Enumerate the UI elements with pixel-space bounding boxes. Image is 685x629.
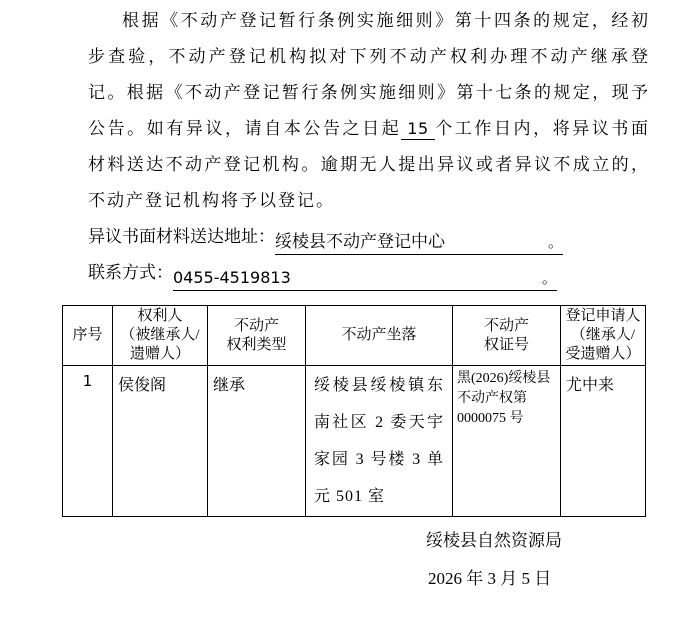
header-seq: 序号 bbox=[63, 306, 113, 366]
cell-cert-no: 黑(2026)绥棱县不动产权第 0000075 号 bbox=[453, 366, 561, 517]
contact-blank-underline: 0455-4519813。 bbox=[173, 260, 557, 291]
table-row: 1 侯俊阁 继承 绥棱县绥棱镇东南社区 2 委天宇家园 3 号楼 3 单元 50… bbox=[63, 366, 646, 517]
header-right-holder: 权利人 （被继承人/ 遗赠人） bbox=[113, 306, 208, 366]
contact-period: 。 bbox=[542, 261, 557, 297]
contact-phone-value: 0455-4519813 bbox=[173, 260, 291, 296]
header-applicant: 登记申请人 （继承人/ 受遗赠人） bbox=[561, 306, 646, 366]
cell-seq: 1 bbox=[63, 366, 113, 517]
address-blank-underline: 绥棱县不动产登记中心。 bbox=[275, 224, 563, 255]
cell-applicant: 尤中来 bbox=[561, 366, 646, 517]
cell-right-type: 继承 bbox=[208, 366, 306, 517]
address-label: 异议书面材料送达地址： bbox=[88, 227, 275, 246]
header-location: 不动产坐落 bbox=[306, 306, 453, 366]
issuing-authority: 绥棱县自然资源局 bbox=[426, 529, 685, 553]
registration-table: 序号 权利人 （被继承人/ 遗赠人） 不动产 权利类型 不动产坐落 不动产 权证… bbox=[62, 305, 646, 517]
issue-date: 2026 年 3 月 5 日 bbox=[428, 567, 685, 591]
address-field-line: 异议书面材料送达地址：绥棱县不动产登记中心。 bbox=[88, 219, 650, 255]
notice-document: { "notice": { "paragraph_before_days": "… bbox=[0, 0, 685, 629]
cell-location: 绥棱县绥棱镇东南社区 2 委天宇家园 3 号楼 3 单元 501 室 bbox=[306, 366, 453, 517]
header-right-type: 不动产 权利类型 bbox=[208, 306, 306, 366]
contact-label: 联系方式： bbox=[88, 263, 173, 282]
notice-body-paragraph: 根据《不动产登记暂行条例实施细则》第十四条的规定，经初步查验，不动产登记机构拟对… bbox=[88, 3, 650, 219]
cell-right-holder: 侯俊阁 bbox=[113, 366, 208, 517]
contact-field-line: 联系方式：0455-4519813。 bbox=[88, 255, 650, 291]
table-header-row: 序号 权利人 （被继承人/ 遗赠人） 不动产 权利类型 不动产坐落 不动产 权证… bbox=[63, 306, 646, 366]
objection-days-value: 15 bbox=[401, 119, 434, 140]
header-cert-no: 不动产 权证号 bbox=[453, 306, 561, 366]
